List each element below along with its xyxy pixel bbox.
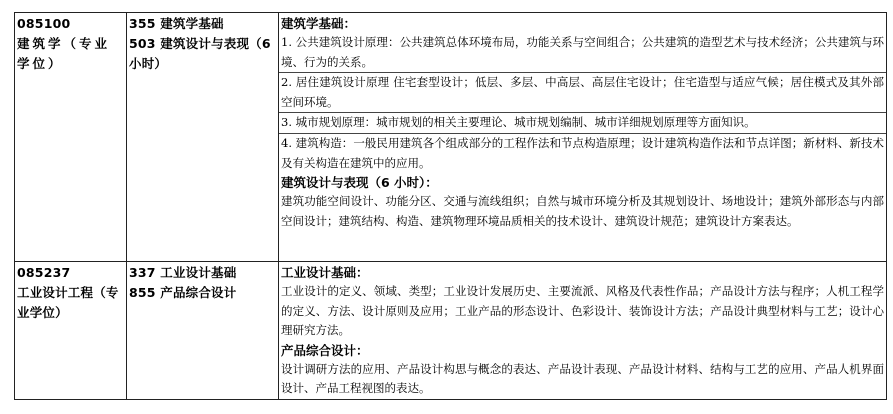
syllabus-item: 工业设计的定义、领域、类型；工业设计发展历史、主要流派、风格及代表性作品；产品设… [281,282,884,341]
syllabus-item: 3. 城市规划原理：城市规划的相关主要理论、城市规划编制、城市详细规划原理等方面… [279,112,886,133]
syllabus-item: 设计调研方法的应用、产品设计构思与概念的表达、产品设计表现、产品设计材料、结构与… [281,360,884,399]
major-cell: 085100 建筑学（专业学位） [15,13,127,262]
exam-subject: 337 工业设计基础 [129,263,276,283]
major-name: 建筑学（专业学位） [17,34,124,74]
table-row: 085237 工业设计工程（专业学位） 337 工业设计基础 855 产品综合设… [15,262,887,400]
section-heading: 建筑学基础： [281,14,884,33]
section-heading: 工业设计基础： [281,263,884,282]
exam-subject: 503 建筑设计与表现（6小时） [129,34,276,74]
syllabus-item: 1. 公共建筑设计原理：公共建筑总体环境布局，功能关系与空间组合；公共建筑的造型… [279,33,886,72]
exam-syllabus-table: 085100 建筑学（专业学位） 355 建筑学基础 503 建筑设计与表现（6… [14,12,887,400]
syllabus-item: 4. 建筑构造：一般民用建筑各个组成部分的工程作法和节点构造原理；设计建筑构造作… [279,133,886,173]
section-heading: 产品综合设计： [281,341,884,360]
exam-subject: 855 产品综合设计 [129,283,276,303]
major-code: 085237 [17,263,124,283]
section-heading: 建筑设计与表现（6 小时）： [281,173,884,192]
major-name: 工业设计工程（专业学位） [17,283,124,323]
syllabus-item: 建筑功能空间设计、功能分区、交通与流线组织；自然与城市环境分析及其规划设计、场地… [279,192,886,231]
syllabus-item: 2. 居住建筑设计原理 住宅套型设计；低层、多层、中高层、高层住宅设计；住宅造型… [279,72,886,112]
syllabus-cell: 建筑学基础： 1. 公共建筑设计原理：公共建筑总体环境布局，功能关系与空间组合；… [279,13,887,262]
exam-subjects-cell: 337 工业设计基础 855 产品综合设计 [127,262,279,400]
syllabus-cell: 工业设计基础： 工业设计的定义、领域、类型；工业设计发展历史、主要流派、风格及代… [279,262,887,400]
exam-subjects-cell: 355 建筑学基础 503 建筑设计与表现（6小时） [127,13,279,262]
major-code: 085100 [17,14,124,34]
major-cell: 085237 工业设计工程（专业学位） [15,262,127,400]
exam-subject: 355 建筑学基础 [129,14,276,34]
table-row: 085100 建筑学（专业学位） 355 建筑学基础 503 建筑设计与表现（6… [15,13,887,262]
